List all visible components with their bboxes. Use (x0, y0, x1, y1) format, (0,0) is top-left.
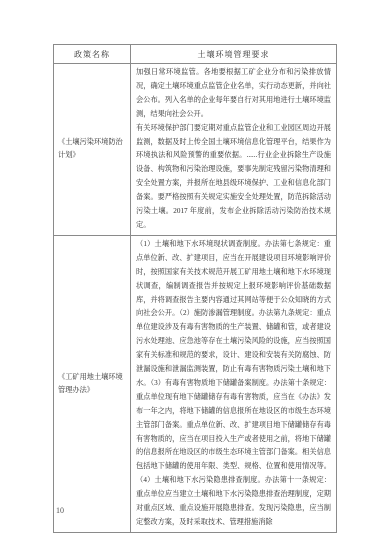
page-number: 10 (56, 506, 64, 515)
requirement-paragraph: 有关环境保护部门要定期对重点监管企业和工业园区周边开展监测，数据及时上传全国土壤… (136, 122, 331, 233)
requirements-cell: 加强日常环境监管。各地要根据工矿企业分布和污染排放情况，确定土壤环境重点监管企业… (131, 64, 337, 236)
requirement-paragraph: （1）土壤和地下水环境现状调查制度。办法第七条规定：重点单位新、改、扩建项目，应… (136, 238, 331, 530)
policy-name-industrial-land-measures: 《工矿用地土壤环境管理办法》 (54, 235, 131, 532)
policy-name-soil-pollution-plan: 《土壤污染环境防治计划》 (54, 64, 131, 236)
table-row: 《工矿用地土壤环境管理办法》 （1）土壤和地下水环境现状调查制度。办法第七条规定… (54, 235, 337, 532)
policy-requirements-table: 政策名称 土壤环境管理要求 《土壤污染环境防治计划》 加强日常环境监管。各地要根… (53, 44, 337, 533)
document-page: 政策名称 土壤环境管理要求 《土壤污染环境防治计划》 加强日常环境监管。各地要根… (0, 0, 390, 551)
table-row: 《土壤污染环境防治计划》 加强日常环境监管。各地要根据工矿企业分布和污染排放情况… (54, 64, 337, 236)
col-header-policy-name: 政策名称 (54, 45, 131, 64)
col-header-soil-requirements: 土壤环境管理要求 (131, 45, 337, 64)
table-header-row: 政策名称 土壤环境管理要求 (54, 45, 337, 64)
requirements-cell: （1）土壤和地下水环境现状调查制度。办法第七条规定：重点单位新、改、扩建项目，应… (131, 235, 337, 532)
requirement-paragraph: 加强日常环境监管。各地要根据工矿企业分布和污染排放情况，确定土壤环境重点监管企业… (136, 66, 331, 122)
